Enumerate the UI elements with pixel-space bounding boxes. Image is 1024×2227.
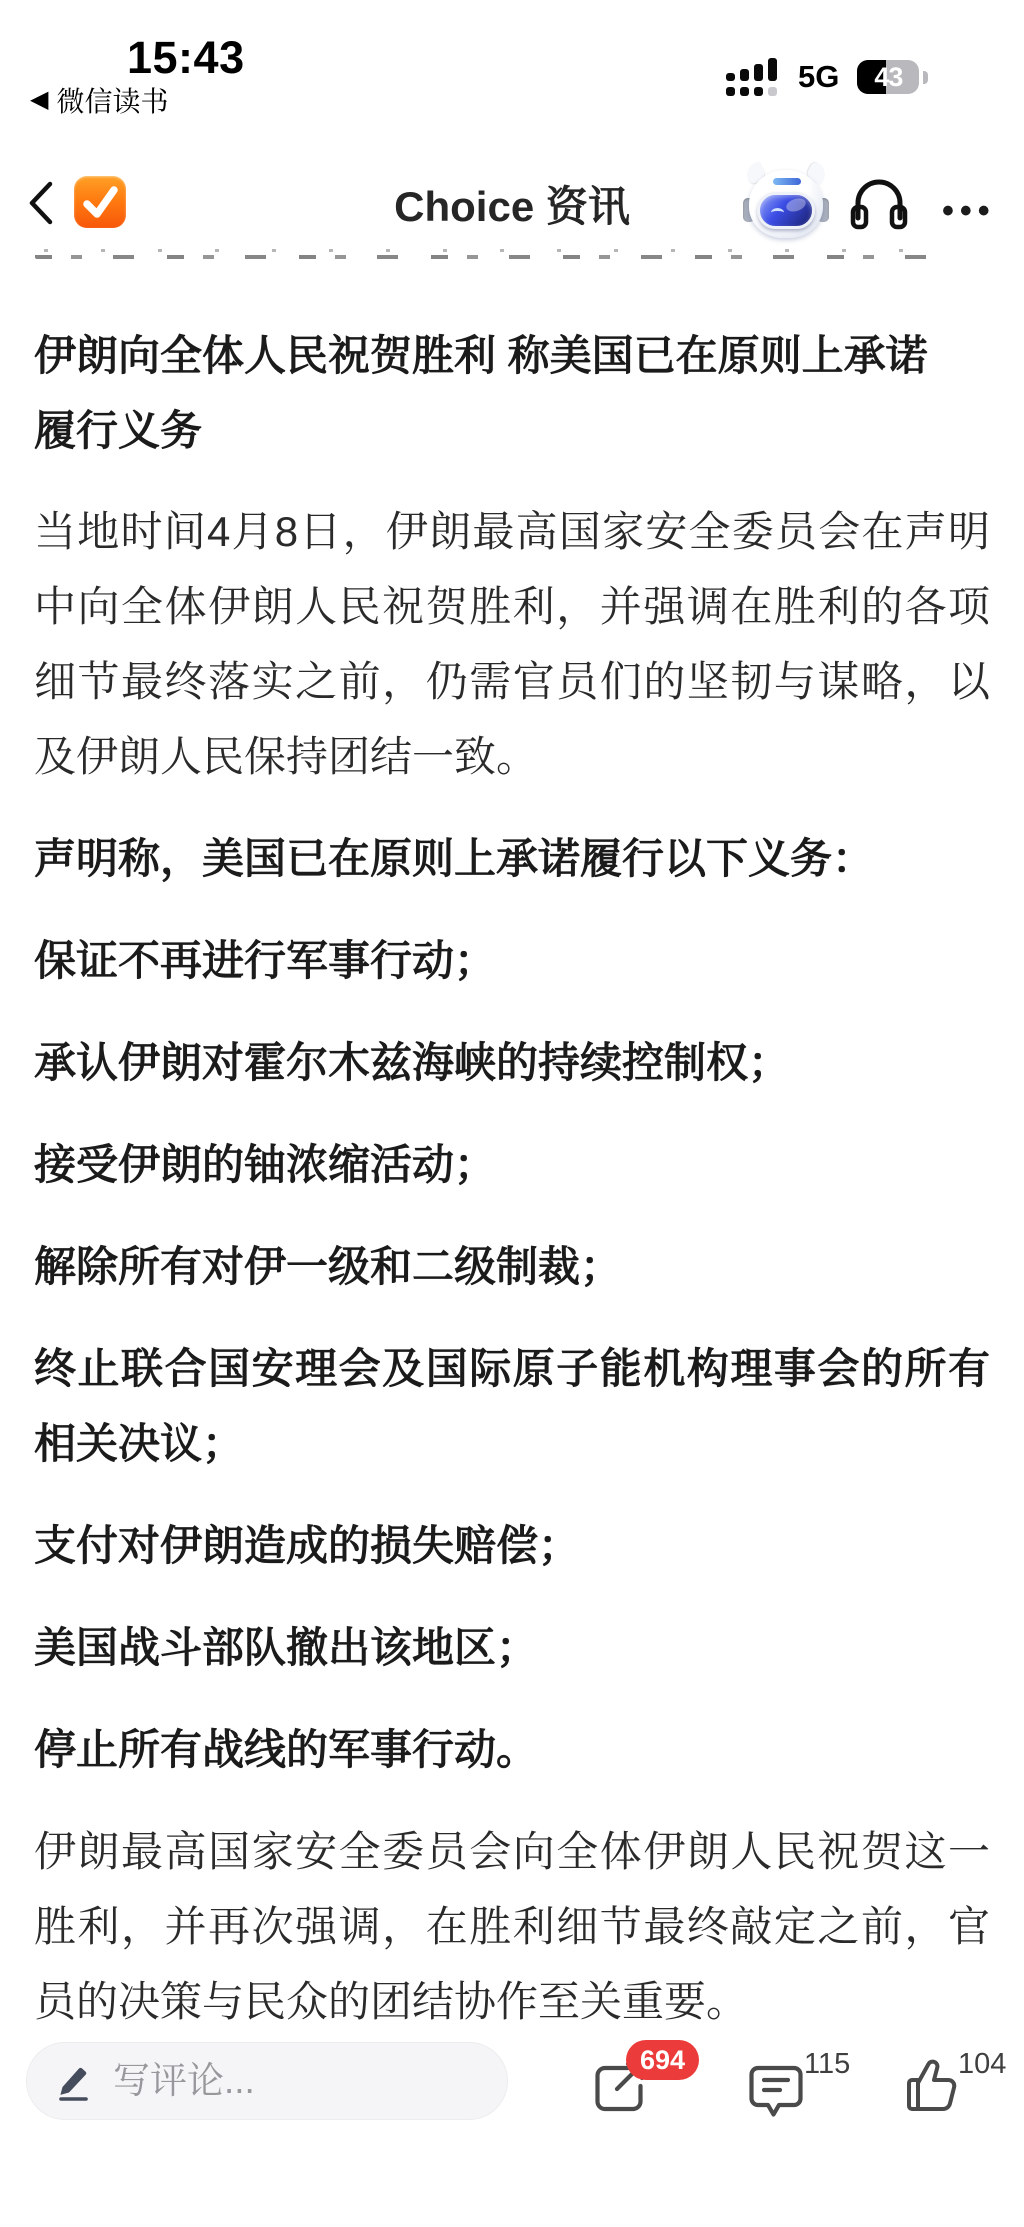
thumbs-up-icon xyxy=(900,2054,960,2114)
battery-percent: 43 xyxy=(857,60,919,94)
clock-time: 15:43 xyxy=(127,32,245,84)
robot-visor-gloss xyxy=(785,196,808,214)
status-indicators: 5G 43 xyxy=(726,58,928,96)
robot-head xyxy=(749,170,823,238)
article-title: 伊朗向全体人民祝贺胜利 称美国已在原则上承诺 履行义务 xyxy=(34,318,990,468)
ai-robot-icon[interactable] xyxy=(744,162,828,242)
back-triangle-icon: ◀ xyxy=(30,88,48,112)
article-paragraph: 接受伊朗的铀浓缩活动； xyxy=(34,1127,990,1202)
robot-visor xyxy=(757,192,815,229)
like-count: 104 xyxy=(958,2048,1006,2081)
article-paragraph: 声明称，美国已在原则上承诺履行以下义务： xyxy=(34,821,990,896)
article-body: 伊朗向全体人民祝贺胜利 称美国已在原则上承诺 履行义务当地时间4月8日，伊朗最高… xyxy=(0,262,1024,2066)
bottom-toolbar: 694 115 104 xyxy=(0,2040,1024,2227)
article-paragraph: 承认伊朗对霍尔木兹海峡的持续控制权； xyxy=(34,1025,990,1100)
cellular-signal-icon xyxy=(726,58,780,96)
share-count-badge: 694 xyxy=(626,2040,699,2080)
robot-forehead-light xyxy=(773,178,801,185)
like-button[interactable] xyxy=(900,2054,960,2119)
network-type-label: 5G xyxy=(798,59,839,95)
status-bar: 15:43 ◀ 微信读书 xyxy=(0,0,1024,150)
battery-icon: 43 xyxy=(857,60,919,94)
comment-input[interactable] xyxy=(113,2060,507,2102)
nav-bar: Choice 资讯 ••• xyxy=(0,150,1024,245)
headphones-icon xyxy=(850,176,908,230)
comment-bubble-icon xyxy=(748,2062,804,2118)
more-menu-button[interactable]: ••• xyxy=(942,192,996,231)
article-paragraph: 支付对伊朗造成的损失赔偿； xyxy=(34,1508,990,1583)
back-app-label: 微信读书 xyxy=(56,80,168,120)
page-title: Choice 资讯 xyxy=(394,174,630,234)
article-paragraph: 终止联合国安理会及国际原子能机构理事会的所有相关决议； xyxy=(34,1331,990,1481)
battery-cap xyxy=(923,71,928,84)
comments-button[interactable] xyxy=(748,2062,804,2123)
pencil-icon xyxy=(53,2060,93,2102)
return-to-app-link[interactable]: ◀ 微信读书 xyxy=(30,80,168,120)
comment-input-pill[interactable] xyxy=(26,2042,508,2120)
article-paragraph: 美国战斗部队撤出该地区； xyxy=(34,1610,990,1685)
article-paragraph: 伊朗最高国家安全委员会向全体伊朗人民祝贺这一胜利，并再次强调，在胜利细节最终敲定… xyxy=(34,1814,990,2039)
article-paragraph: 解除所有对伊一级和二级制裁； xyxy=(34,1229,990,1304)
robot-smile xyxy=(771,208,784,217)
article-paragraph: 停止所有战线的军事行动。 xyxy=(34,1712,990,1787)
article-paragraph: 保证不再进行军事行动； xyxy=(34,923,990,998)
clipped-text-remnant xyxy=(35,249,955,259)
comment-count: 115 xyxy=(804,2048,850,2081)
back-button[interactable] xyxy=(26,180,56,231)
choice-app-logo-icon xyxy=(74,176,126,228)
app-screen: 15:43 ◀ 微信读书 xyxy=(0,0,1024,2227)
listen-audio-button[interactable] xyxy=(850,176,908,235)
article-paragraph: 当地时间4月8日，伊朗最高国家安全委员会在声明中向全体伊朗人民祝贺胜利，并强调在… xyxy=(34,494,990,794)
